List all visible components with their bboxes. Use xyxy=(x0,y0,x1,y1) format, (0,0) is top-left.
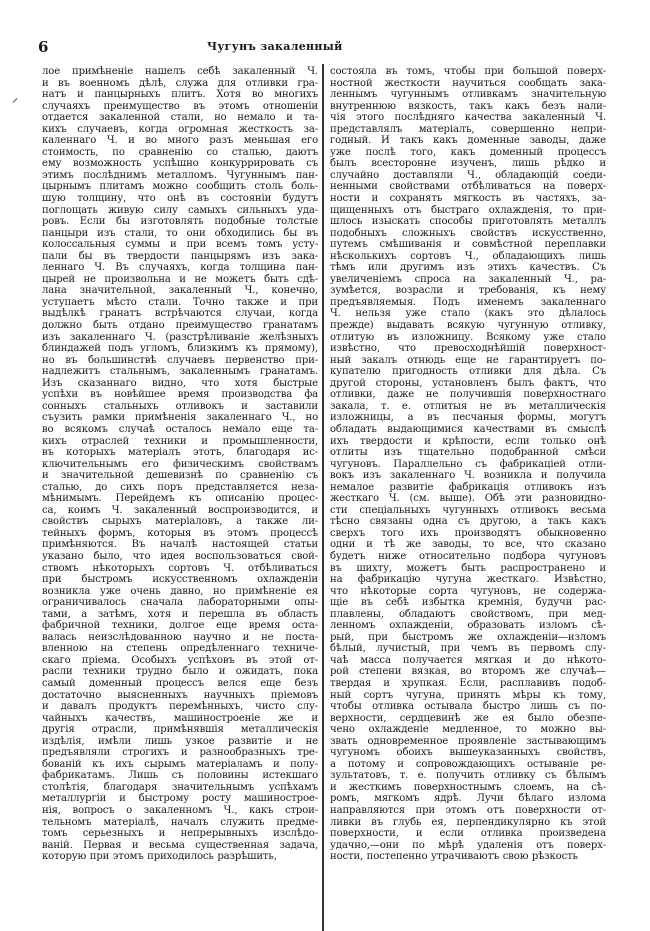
text-line: чугуновъ. Параллельно съ фабрикаціей отл… xyxy=(330,459,606,471)
text-line: чугуномъ обоихъ вышеуказанныхъ свойствъ, xyxy=(330,747,606,759)
text-line: указано было, что идея воспользоваться с… xyxy=(42,551,318,563)
text-line: блиндажей подъ угломъ, близкимъ къ прямо… xyxy=(42,343,318,355)
text-line: извѣстно, что превосходнѣйшій поверхност… xyxy=(330,343,606,355)
text-line: случайно доставляли Ч., обладающій соеди… xyxy=(330,170,606,182)
text-line: плавлены, обладаютъ свойствомъ, при мед- xyxy=(330,609,606,621)
text-line: бованій къ ихъ сырымъ матеріаламъ и полу… xyxy=(42,759,318,771)
text-line: другія отрасли, примѣнявшія металлическі… xyxy=(42,724,318,736)
column-divider xyxy=(322,64,324,931)
text-line: каленнаго Ч. и во много разъ меньшая его xyxy=(42,135,318,147)
text-line: кихъ случаевъ, когда огромная жесткость … xyxy=(42,124,318,136)
text-line: расли техники трудно было и ожидать, пок… xyxy=(42,666,318,678)
text-line: леннаго Ч. Въ случаяхъ, когда толщина па… xyxy=(42,262,318,274)
text-line: тейныхъ формъ, которыя въ этомъ процессѣ xyxy=(42,528,318,540)
text-line: и давалъ продуктъ перемѣнныхъ, чисто слу… xyxy=(42,701,318,713)
right-column: состояла въ томъ, чтобы при большой пове… xyxy=(330,66,606,863)
text-line: шую толщину, что онѣ въ состояніи будутъ xyxy=(42,193,318,205)
text-line: кихъ отраслей техники и промышленности, xyxy=(42,436,318,448)
text-line: случаяхъ преимущество въ этомъ отношеніи xyxy=(42,101,318,113)
text-line: купателю пригодность отливки для дѣла. С… xyxy=(330,366,606,378)
text-line: фабрикатамъ. Лишь съ половины истекшаго xyxy=(42,770,318,782)
text-line: щіе въ себѣ избытка кремнія, будучи рас- xyxy=(330,597,606,609)
text-line: представлялъ матеріалъ, совершенно непри… xyxy=(330,124,606,136)
text-line: и въ военномъ дѣлѣ, служа для отливки гр… xyxy=(42,78,318,90)
text-line: путемъ смѣшиванія и совмѣстной переплавк… xyxy=(330,239,606,251)
text-line: томъ серьезныхъ и непрерывныхъ изслѣдо- xyxy=(42,828,318,840)
text-line: жесткаго Ч. (см. выше). Обѣ эти разновид… xyxy=(330,493,606,505)
text-line: лое примѣненіе нашелъ себѣ закаленный Ч. xyxy=(42,66,318,78)
text-line: ограничивалось сначала лабораторными опы… xyxy=(42,597,318,609)
text-line: Изъ сказаннаго видно, что хотя быстрые xyxy=(42,378,318,390)
text-line: ности, постепенно утрачиваютъ свою рѣзко… xyxy=(330,851,606,863)
text-line: этимъ послѣднимъ металломъ. Чугуннымъ па… xyxy=(42,170,318,182)
text-line: валась неизслѣдованною научно и не поста… xyxy=(42,632,318,644)
text-line: поверхности, и если отливка произведена xyxy=(330,828,606,840)
text-line: состояла въ томъ, чтобы при большой пове… xyxy=(330,66,606,78)
text-line: тѣмъ или другимъ изъ этихъ качествъ. Съ xyxy=(330,262,606,274)
text-line: что нѣкоторые сорта чугуновъ, не содержа… xyxy=(330,586,606,598)
text-line: чайныхъ качествъ, машиностроеніе же и xyxy=(42,713,318,725)
text-line: леннымъ чугуннымъ отливкамъ значительную xyxy=(330,89,606,101)
text-line: рый, при быстромъ же охлажденіи—изломъ xyxy=(330,632,606,644)
text-line: нія, вопросъ о закаленномъ Ч., какъ стро… xyxy=(42,805,318,817)
text-line: отлитую въ изложницу. Всякому уже стало xyxy=(330,332,606,344)
text-line: изложницы, а въ песчаныя формы, могутъ xyxy=(330,412,606,424)
text-line: надлежитъ стальнымъ, закаленнымъ граната… xyxy=(42,366,318,378)
text-line: возникла уже очень давно, но примѣненіе … xyxy=(42,586,318,598)
text-line: самый доменный процессъ велся еще безъ xyxy=(42,678,318,690)
text-line: достаточно выясненныхъ научныхъ пріемовъ xyxy=(42,690,318,702)
text-line: вокъ изъ закаленнаго Ч. возникла и получ… xyxy=(330,470,606,482)
text-line: отливки, даже не получившія поверхностна… xyxy=(330,389,606,401)
text-line: бѣлый, лучистый, при чемъ въ первомъ слу… xyxy=(330,643,606,655)
text-line: металлургіи и быстрому росту машинострое… xyxy=(42,793,318,805)
text-line: одни и тѣ же заводы, то все, что сказано xyxy=(330,539,606,551)
text-line: сверхъ того ихъ производятъ обыкновенно xyxy=(330,528,606,540)
running-title: Чугунъ закаленный xyxy=(207,40,343,53)
text-line: должно быть отдано преимущество гранатам… xyxy=(42,320,318,332)
text-line: щищенныхъ отъ быстраго охлажденія, то пр… xyxy=(330,205,606,217)
text-line: прежде) выдавать всякую чугунную отливку… xyxy=(330,320,606,332)
text-line: чаѣ масса получается мягкая и до нѣкото- xyxy=(330,655,606,667)
text-line: на фабрикацію чугуна жесткаго. Извѣстно, xyxy=(330,574,606,586)
text-line: предъявляли строгихъ и разнообразныхъ тр… xyxy=(42,747,318,759)
text-line: въ которыхъ матеріалъ этотъ, благодаря и… xyxy=(42,447,318,459)
text-line: свойствъ сырыхъ матеріаловъ, а также ли- xyxy=(42,516,318,528)
text-line: лана значительной, закаленный Ч., конечн… xyxy=(42,285,318,297)
text-line: ный закалъ отнюдь еще не гарантируетъ по… xyxy=(330,355,606,367)
text-line: предъявляемыя. Подъ именемъ закаленнаго xyxy=(330,297,606,309)
text-line: ливки въ глубь ея, перпендикулярно къ эт… xyxy=(330,817,606,829)
text-line: чія этого послѣдняго качества закаленный… xyxy=(330,112,606,124)
text-line: но въ большинствѣ случаевъ первенство пр… xyxy=(42,355,318,367)
text-line: пали бы въ твердости панцырямъ изъ зака- xyxy=(42,251,318,263)
text-line: внутреннюю вязкость, такъ какъ безъ нали… xyxy=(330,101,606,113)
text-line: уступаетъ мѣсто стали. Точно также и при xyxy=(42,297,318,309)
page-number: 6 xyxy=(38,38,48,56)
text-line: издѣлія, имѣли лишь узкое развитіе и не xyxy=(42,736,318,748)
text-line: зумѣется, возрасли и требованія, къ нему xyxy=(330,285,606,297)
text-line: при быстромъ искусственномъ охлажденіи xyxy=(42,574,318,586)
text-line: ностной жесткости научиться сообщать зак… xyxy=(330,78,606,90)
text-line: цырнымъ плитамъ можно сообщить столь бол… xyxy=(42,181,318,193)
text-line: удачно,—они по мѣрѣ удаленія отъ поверх- xyxy=(330,840,606,852)
text-line: верхности, сердцевинѣ же ея было обезпе- xyxy=(330,713,606,725)
text-line: нѣсколькихъ сортовъ Ч., обладающихъ лишь xyxy=(330,251,606,263)
text-line: стоимость, по сравненію со сталью, даютъ xyxy=(42,147,318,159)
text-line: закала, т. е. отлитыя не въ металлическі… xyxy=(330,401,606,413)
text-line: шлось изыскать способы приготовлять мета… xyxy=(330,216,606,228)
text-line: увеличеніемъ спроса на закаленный Ч., ра… xyxy=(330,274,606,286)
left-column: лое примѣненіе нашелъ себѣ закаленный Ч.… xyxy=(42,66,318,863)
text-line: былъ всесторонне изученъ, лишь рѣдко и xyxy=(330,158,606,170)
text-line: годный. И такъ какъ доменные заводы, даж… xyxy=(330,135,606,147)
text-line: другой стороны, установленъ былъ фактъ, … xyxy=(330,378,606,390)
text-line: съузить рамки примѣненія закаленнаго Ч.,… xyxy=(42,412,318,424)
text-line: уже послѣ того, какъ доменный процессъ xyxy=(330,147,606,159)
text-line: ровъ. Если бы изготовлять подобные толст… xyxy=(42,216,318,228)
text-line: ствомъ нѣкоторыхъ сортовъ Ч. отбѣливатьс… xyxy=(42,563,318,575)
text-line: сти спеціальныхъ чугунныхъ отливокъ весь… xyxy=(330,505,606,517)
text-line: отлиты изъ тщательно подобранной смѣси xyxy=(330,447,606,459)
text-line: тельномъ матеріалѣ, началъ служить предм… xyxy=(42,817,318,829)
text-line: въ шихту, можетъ быть распространено и xyxy=(330,563,606,575)
text-line: чено охлажденіе медленное, то можно вы- xyxy=(330,724,606,736)
text-line: выдѣлкѣ гранатъ встрѣчаются случаи, когд… xyxy=(42,308,318,320)
page-header: 6 Чугунъ закаленный xyxy=(0,38,650,58)
text-line: зультатовъ, т. е. получить отливку съ бѣ… xyxy=(330,770,606,782)
text-line: изъ закаленнаго Ч. (разстрѣливаніе желѣз… xyxy=(42,332,318,344)
text-line: направляются при этомъ отъ поверхности о… xyxy=(330,805,606,817)
text-line: ключительнымъ его физическимъ свойствамъ xyxy=(42,459,318,471)
text-line: ромъ, мягкомъ ядрѣ. Лучи бѣлаго излома xyxy=(330,793,606,805)
text-line: тами, а затѣмъ, хотя и перешла въ област… xyxy=(42,609,318,621)
text-line: натъ и панцырныхъ плитъ. Хотя во многихъ xyxy=(42,89,318,101)
text-line: ленномъ охлажденіи, образовать изломъ сѣ… xyxy=(330,620,606,632)
text-line: будетъ ниже относительно подбора чугунов… xyxy=(330,551,606,563)
text-line: фабричной техники, долгое еще время оста… xyxy=(42,620,318,632)
text-line: чтобы отливка остывала быстро лишь съ по… xyxy=(330,701,606,713)
text-line: отдается закаленной стали, но немало и т… xyxy=(42,112,318,124)
text-line: ихъ твердости и крѣпости, если только он… xyxy=(330,436,606,448)
text-line: цырей не произвольна и не можетъ быть сд… xyxy=(42,274,318,286)
text-line: и значительной дешевизнѣ по сравненію съ xyxy=(42,470,318,482)
text-line: которую при этомъ приходилось разрѣшить, xyxy=(42,851,318,863)
text-line: ваній. Первая и весьма существенная зада… xyxy=(42,840,318,852)
text-line: са, коимъ Ч. закаленный воспроизводится,… xyxy=(42,505,318,517)
text-line: успѣхи въ новѣйшее время производства фа xyxy=(42,389,318,401)
text-line: а потому и сопровождающихъ остываніе ре- xyxy=(330,759,606,771)
text-line: ненными свойствами отбѣливаться на повер… xyxy=(330,181,606,193)
text-line: примѣняются. Въ началѣ настоящей статьи xyxy=(42,539,318,551)
margin-mark xyxy=(13,98,18,103)
text-line: твердая и хрупкая. Если, расплавивъ подо… xyxy=(330,678,606,690)
text-line: и жесткимъ поверхностнымъ слоемъ, на сѣ- xyxy=(330,782,606,794)
text-line: тѣсно связаны одна съ другою, а такъ как… xyxy=(330,516,606,528)
text-line: мѣнимымъ. Перейдемъ къ описанію процес- xyxy=(42,493,318,505)
text-line: немалое развитіе фабрикація отливокъ изъ xyxy=(330,482,606,494)
text-line: панцыри изъ стали, то они обходились бы … xyxy=(42,228,318,240)
text-line: скаго пріема. Особыхъ успѣховъ въ этой о… xyxy=(42,655,318,667)
text-line: вленною на степень опредѣленнаго техниче… xyxy=(42,643,318,655)
text-line: во всякомъ случаѣ осталось немало еще та… xyxy=(42,424,318,436)
text-line: звать одновременное проявленіе застывающ… xyxy=(330,736,606,748)
text-line: ности и сохранять мягкость въ частяхъ, з… xyxy=(330,193,606,205)
text-line: столѣтія, благодаря значительнымъ успѣха… xyxy=(42,782,318,794)
text-line: колоссальныя суммы и при всемъ томъ усту… xyxy=(42,239,318,251)
text-line: ему возможность успѣшно конкуррировать с… xyxy=(42,158,318,170)
text-line: сонныхъ стальныхъ отливокъ и заставили xyxy=(42,401,318,413)
text-line: Ч. нельзя уже стало (какъ это дѣлалось xyxy=(330,308,606,320)
text-line: рой степени вязкая, во второмъ же случаѣ… xyxy=(330,666,606,678)
text-line: поглощать живую силу самыхъ сильныхъ уда… xyxy=(42,205,318,217)
text-line: ный сортъ чугуна, принять мѣры къ тому, xyxy=(330,690,606,702)
text-line: сталью, до сихъ поръ представляется неза… xyxy=(42,482,318,494)
text-line: подобныхъ сложныхъ свойствъ искусственно… xyxy=(330,228,606,240)
text-line: обладать выдающимися качествами въ смысл… xyxy=(330,424,606,436)
